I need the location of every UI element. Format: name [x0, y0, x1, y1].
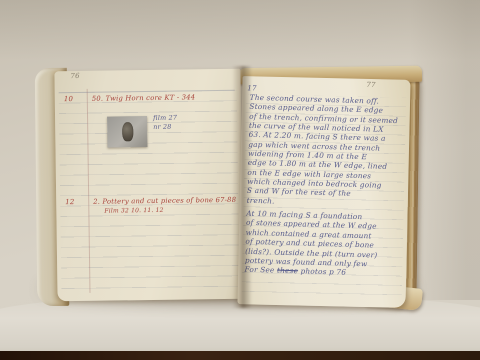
photo-caption-line: film 27 — [153, 114, 177, 123]
artifact-in-photo — [122, 122, 133, 141]
ruled-lines — [59, 91, 240, 295]
handwritten-journal-entry: The second course was taken off. Stones … — [244, 93, 405, 279]
page-number: 76 — [70, 72, 79, 80]
last-line-suffix: photos p 76 — [298, 266, 346, 276]
photo-caption: film 27 nr 28 — [153, 114, 177, 132]
entry-margin-number: 17 — [247, 84, 256, 92]
entry-subtitle: Film 32 10. 11. 12 — [104, 207, 163, 215]
photo-caption-line: nr 28 — [153, 123, 177, 132]
table-front-edge — [0, 351, 480, 360]
entry-margin-number: 10 — [64, 95, 86, 103]
wall-shadow-right — [410, 0, 480, 300]
right-notebook-page: 77 17 The second course was taken off. S… — [237, 76, 410, 308]
wall-shadow-top — [0, 0, 480, 60]
struck-out-word: these — [277, 266, 298, 276]
last-line-prefix: For See — [244, 265, 277, 275]
pasted-artifact-photo — [107, 116, 147, 148]
open-notebook: 76 10 50. Twig Horn core KT - 344 film 2… — [36, 58, 420, 310]
photograph-of-open-notebook: 76 10 50. Twig Horn core KT - 344 film 2… — [0, 0, 480, 360]
page-number: 77 — [366, 81, 375, 89]
entry-margin-number: 12 — [65, 198, 87, 206]
left-notebook-page: 76 10 50. Twig Horn core KT - 344 film 2… — [54, 69, 243, 302]
